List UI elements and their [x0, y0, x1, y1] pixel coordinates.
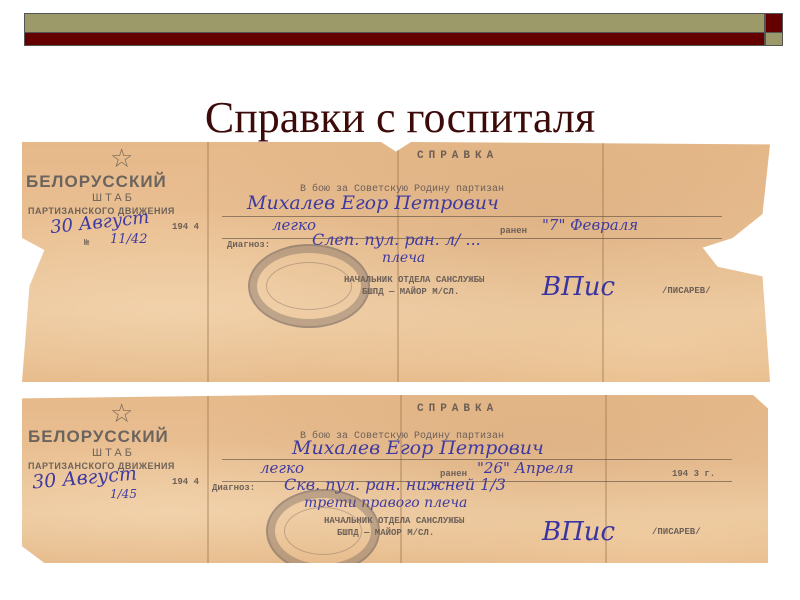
header-bar-olive: [24, 13, 765, 33]
diagnosis-line-1: Слеп. пул. ран. л/ ...: [312, 230, 481, 249]
signature: ВПис: [542, 272, 615, 302]
header-square-olive: [765, 32, 783, 46]
slide-title: Справки с госпиталя: [0, 92, 800, 144]
chief-rank: БШПД — МАЙОР М/СЛ.: [337, 528, 434, 538]
round-stamp: [248, 244, 370, 328]
diagnosis-label: Диагноз:: [227, 240, 270, 250]
wound-year: 194 3 г.: [672, 469, 715, 479]
issue-year: 194 4: [172, 222, 199, 232]
chief-title: НАЧАЛЬНИК ОТДЕЛА САНСЛУЖБЫ: [324, 516, 464, 526]
doc-number: 1/45: [110, 487, 137, 501]
signature: ВПис: [542, 517, 615, 547]
doc-heading: СПРАВКА: [417, 403, 498, 415]
fold-line: [602, 142, 604, 382]
org-name: БЕЛОРУССКИЙ: [26, 172, 167, 192]
header-bar-maroon: [24, 32, 765, 46]
doc-number: 11/42: [110, 232, 147, 247]
doc-heading: СПРАВКА: [417, 150, 498, 162]
signer-name: /ПИСАРЕВ/: [662, 286, 711, 296]
wounded-label: ранен: [500, 226, 527, 236]
round-stamp: [266, 489, 380, 563]
patient-name: Михалев Егор Петрович: [247, 192, 499, 214]
red-star-icon: ☆: [110, 401, 133, 427]
hospital-certificate-1: ☆ БЕЛОРУССКИЙ ШТАБ ПАРТИЗАНСКОГО ДВИЖЕНИ…: [22, 142, 770, 382]
patient-name: Михалев Егор Петрович: [292, 437, 544, 459]
diagnosis-label: Диагноз:: [212, 483, 255, 493]
red-star-icon: ☆: [110, 146, 133, 172]
issue-year: 194 4: [172, 477, 199, 487]
wound-date: "7" Февраля: [542, 216, 638, 234]
fold-line: [207, 142, 209, 382]
org-name: БЕЛОРУССКИЙ: [28, 427, 169, 447]
signer-name: /ПИСАРЕВ/: [652, 527, 701, 537]
org-hq: ШТАБ: [92, 447, 135, 459]
org-hq: ШТАБ: [92, 192, 135, 204]
number-label: №: [84, 238, 89, 248]
fold-line: [207, 395, 209, 563]
chief-title: НАЧАЛЬНИК ОТДЕЛА САНСЛУЖБЫ: [344, 275, 484, 285]
hospital-certificate-2: ☆ БЕЛОРУССКИЙ ШТАБ ПАРТИЗАНСКОГО ДВИЖЕНИ…: [22, 395, 768, 563]
wound-severity: легко: [272, 216, 316, 234]
diagnosis-line-2: плеча: [382, 250, 425, 266]
chief-rank: БШПД — МАЙОР М/СЛ.: [362, 287, 459, 297]
header-square-maroon: [765, 13, 783, 33]
